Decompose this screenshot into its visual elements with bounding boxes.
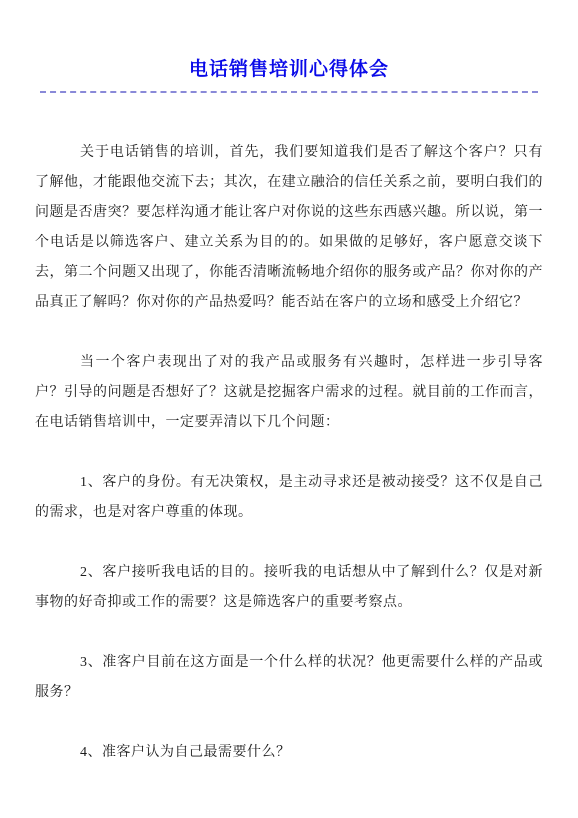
dashed-separator — [40, 91, 538, 93]
document-page: 电话销售培训心得体会 关于电话销售的培训，首先，我们要知道我们是否了解这个客户？… — [0, 0, 578, 818]
page-title: 电话销售培训心得体会 — [35, 0, 543, 83]
paragraph-item-2: 2、客户接听我电话的目的。接听我的电话想从中了解到什么？仅是对新事物的好奇抑或工… — [35, 558, 543, 618]
paragraph-intro: 关于电话销售的培训，首先，我们要知道我们是否了解这个客户？只有了解他，才能跟他交… — [35, 138, 543, 318]
paragraph-guidance: 当一个客户表现出了对的我产品或服务有兴趣时，怎样进一步引导客户？引导的问题是否想… — [35, 348, 543, 438]
paragraph-item-4: 4、准客户认为自己最需要什么？ — [35, 738, 543, 768]
paragraph-item-3: 3、准客户目前在这方面是一个什么样的状况？他更需要什么样的产品或服务？ — [35, 648, 543, 708]
paragraph-item-1: 1、客户的身份。有无决策权，是主动寻求还是被动接受？这不仅是自己的需求，也是对客… — [35, 468, 543, 528]
